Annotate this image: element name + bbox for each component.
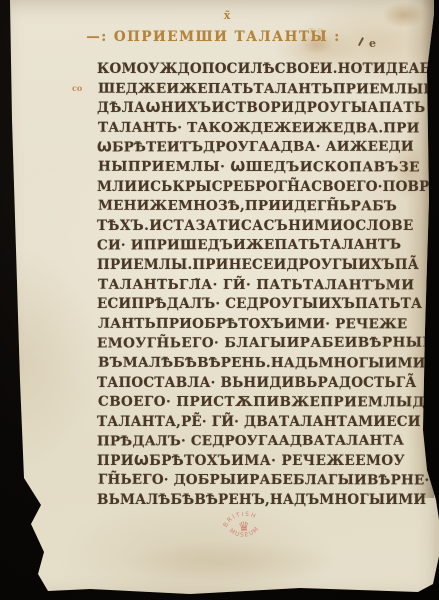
margin-mark: со [72,83,82,93]
manuscript-text-line: ДѢЛАѠНИХЪИСТВОРИДРОУГЫАПАТЬ [97,99,407,119]
photo-backdrop: х̃ —: ОПРИЕМШИ ТАЛАНТЫ : то е со КОМОУЖД… [0,0,439,600]
manuscript-text-line: ШЕДЖЕИЖЕПАТЬТАЛАНТЬПРИЕМЛЫИ· [98,79,408,99]
manuscript-text-line: ПРИѠБРѢТОХЪИМА· РЕЧЕЖЕЕМОУ [97,452,407,472]
manuscript-text-line: ТѢХЪ.ИСТАЗАТИСАСЪНИМИОСЛОВЕ [97,217,407,237]
manuscript-text-line: ТАЛАНТА,РЕ̃· ГИ̃· ДВАТАЛАНТАМИЕСИ [97,413,407,433]
show-through-text: то [308,24,327,38]
crown-icon: ♛ [237,520,250,536]
manuscript-text-line: НЫПРИЕМЛЫ· ѠШЕДЪИСКОПАВЪЗЕ [98,158,408,178]
library-stamp: BRITISH MUSEUM ♛ [218,506,269,550]
manuscript-text-line: ЛАНТЬПРИОБРѢТОХЪИМИ· РЕЧЕЖЕ [98,314,408,334]
manuscript-text-line: СИ· ИПРИШЕДЪИЖЕПАТЬТАЛАНТЪ [97,236,407,256]
manuscript-text-line: ЕСИПРѢДАЛЪ· СЕДРОУГЫИХЪПАТЬТА [97,295,407,315]
manuscript-text-line: КОМОУЖДОПОСИЛѢСВОЕИ.НОТИДЕАБИ· [97,60,407,80]
chapter-mark: х̃ [8,9,439,22]
manuscript-text-line: ПРИЕМЛЫ.ПРИНЕСЕИДРОУГЫИХЪПА̃ [97,256,407,276]
manuscript-text-line: ѠБРѢТЕИТЪДРОУГААДВА· АИЖЕЕДИ [97,138,407,158]
margin-correction-letter: е [369,37,376,50]
manuscript-text-line: МЕНИЖЕМНОЗѢ,ПРИИДЕГН̃ЬРАБЪ [98,197,408,217]
manuscript-text-line: МЛИИСЬКРЫСРЕБРОГН̃АСВОЕГО·ПОВРѢ [97,178,407,198]
manuscript-text-line: ВЪМАЛѢБѢВѢРЕНЬ.НАДЬМНОГЫИМИ [98,354,408,374]
manuscript-text-block: КОМОУЖДОПОСИЛѢСВОЕИ.НОТИДЕАБИ·ШЕДЖЕИЖЕПА… [97,60,407,511]
manuscript-text-line: СВОЕГО· ПРИСТѪПИВЖЕПРИЕМЛЫДВА [98,393,408,413]
manuscript-text-line: ТАЛАНТЬГЛ̃А· ГИ̃· ПАТЬТАЛАНТЪМИ [98,275,408,295]
manuscript-text-line: ПРѢДАЛЪ· СЕДРОУГААДВАТАЛАНТА [97,432,407,452]
manuscript-text-line: ЕМОУГН̃ЬЕГО· БЛАГЫИРАБЕИВѢРНЫИ· [97,334,407,354]
manuscript-text-line: ТАПОСТАВЛА· ВЬНИДИВЬРАДОСТЬГА̃ [97,374,407,394]
manuscript-page: х̃ —: ОПРИЕМШИ ТАЛАНТЫ : то е со КОМОУЖД… [0,0,439,600]
manuscript-text-line: ГН̃ЬЕГО· ДОБРЫИРАБЕБЛАГЫИВѢРНЕ· [98,471,408,491]
manuscript-text-line: ТАЛАНТЬ· ТАКОЖДЕЖЕИЖЕДВА.ПРИ [98,118,408,138]
